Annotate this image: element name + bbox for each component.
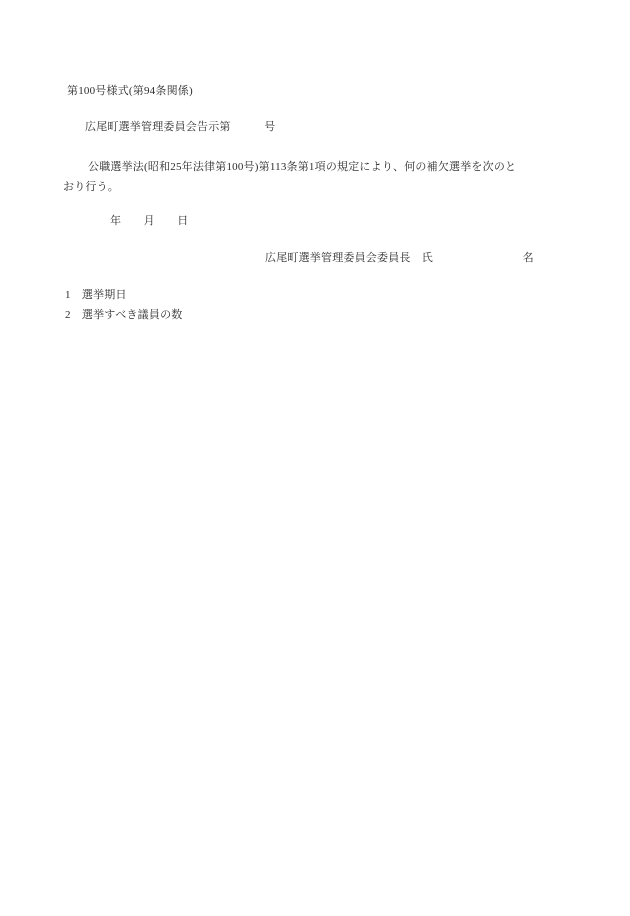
notice-number-line: 広尾町選挙管理委員会告示第 号 <box>85 122 275 133</box>
list-item-2: 2 選挙すべき議員の数 <box>65 310 182 321</box>
body-paragraph-line-2: おり行う。 <box>63 182 119 193</box>
body-paragraph-line-1: 公職選挙法(昭和25年法律第100号)第113条第1項の規定により、何の補欠選挙… <box>88 162 516 173</box>
chairman-signature-line: 広尾町選挙管理委員会委員長 氏 名 <box>265 253 534 264</box>
list-item-1: 1 選挙期日 <box>65 290 127 301</box>
form-number-line: 第100号様式(第94条関係) <box>67 86 193 97</box>
document-page: 第100号様式(第94条関係) 広尾町選挙管理委員会告示第 号 公職選挙法(昭和… <box>0 0 630 916</box>
date-line: 年 月 日 <box>110 216 188 227</box>
